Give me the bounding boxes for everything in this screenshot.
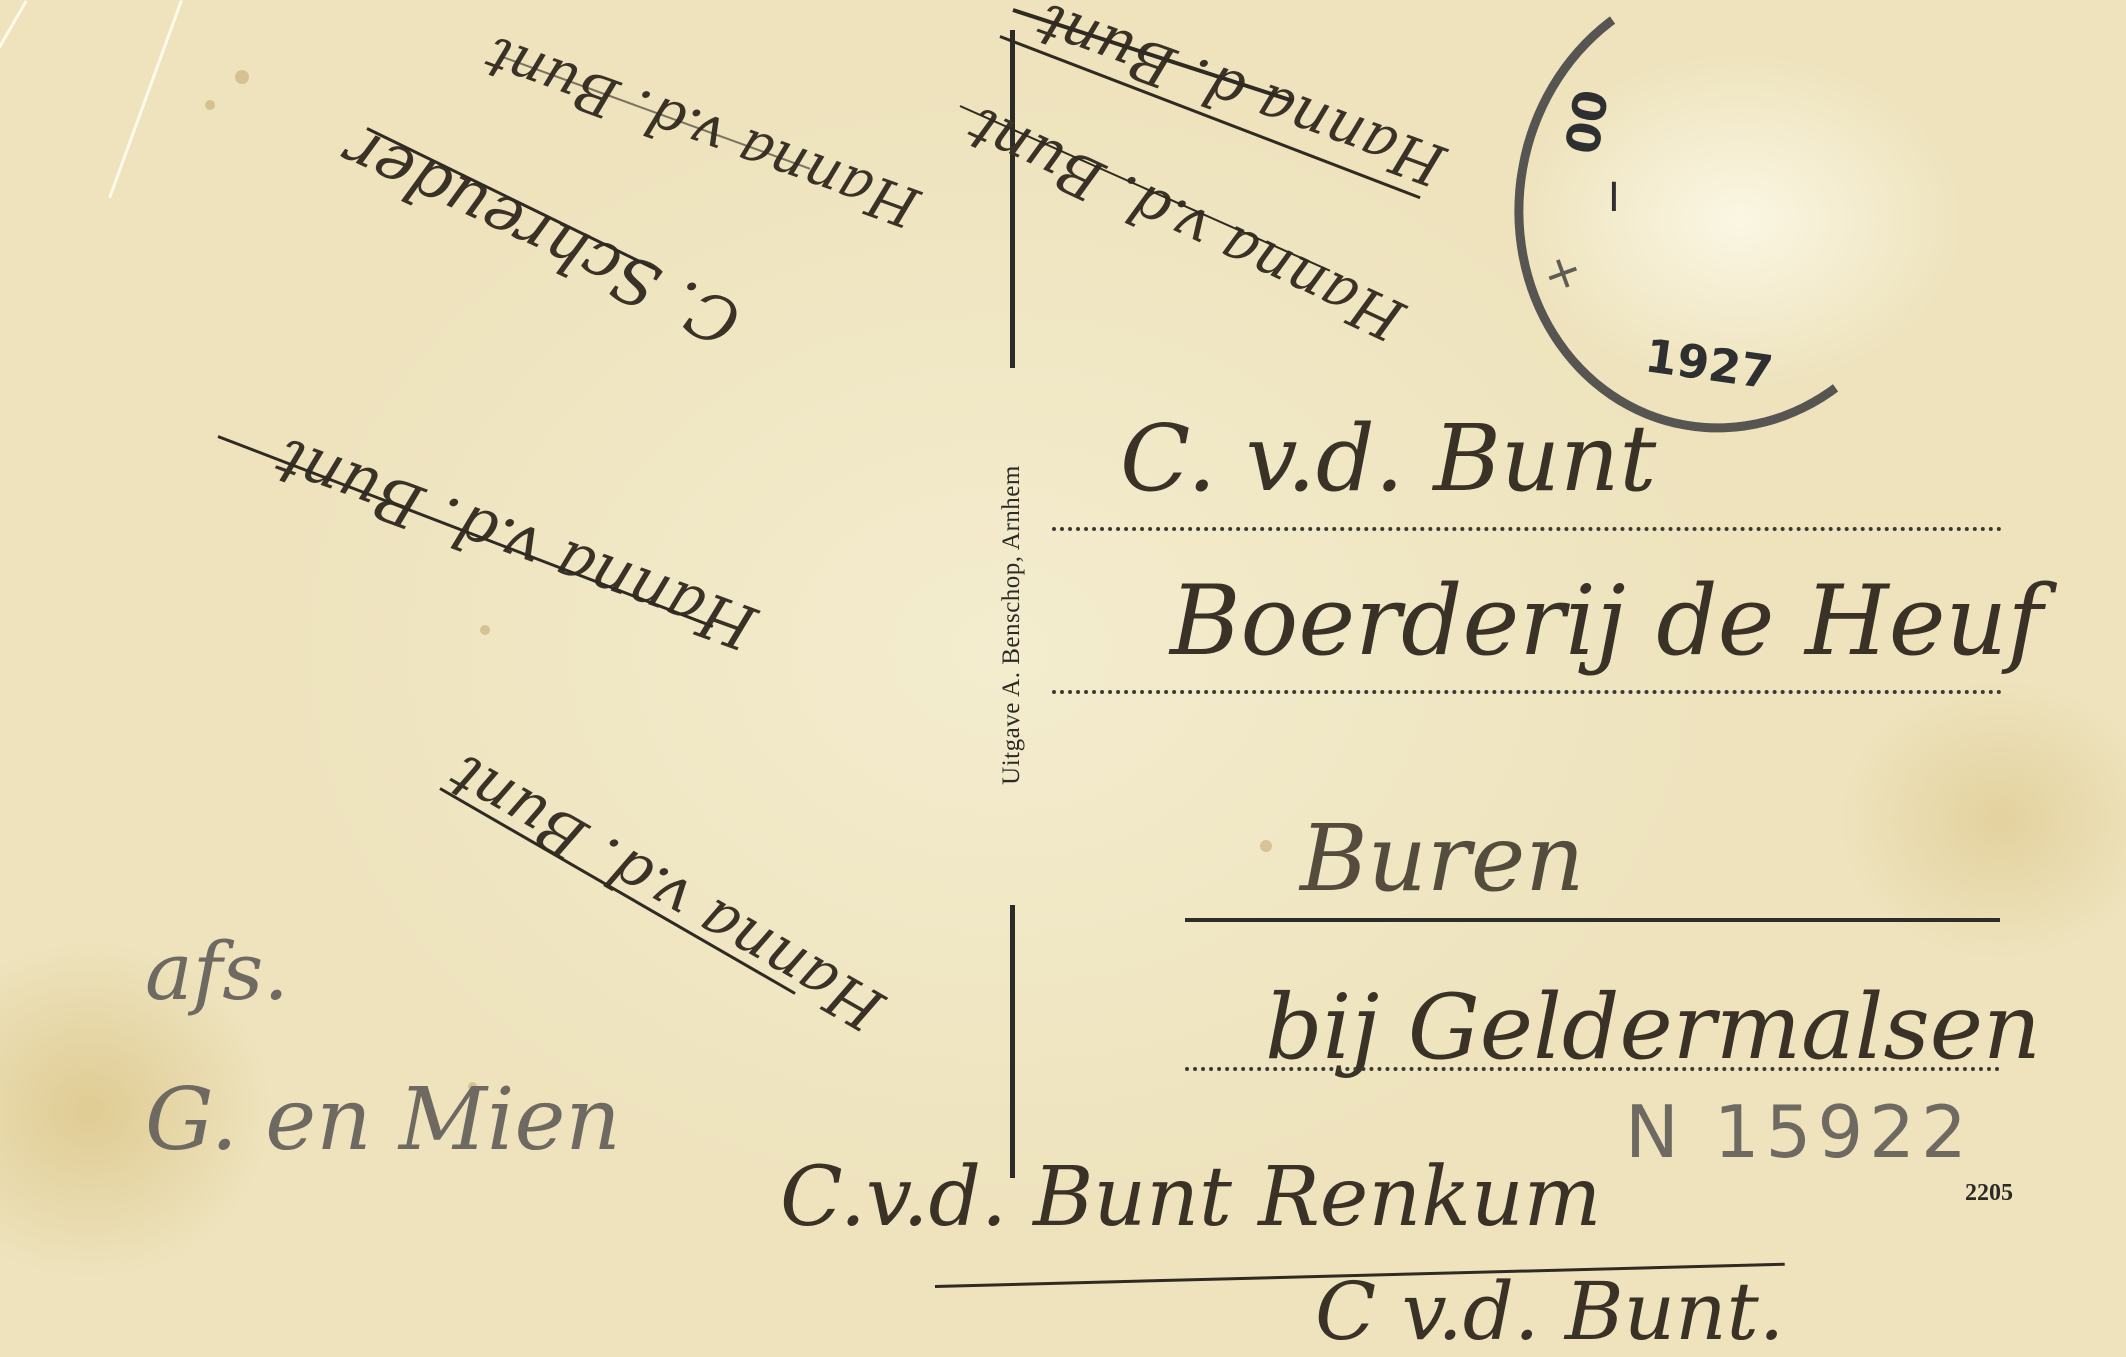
address-rule-2 bbox=[1052, 690, 2002, 694]
address-rule-4 bbox=[1185, 1067, 2000, 1071]
signature-strike bbox=[439, 787, 796, 995]
address-rule-1 bbox=[1052, 527, 2002, 531]
greeting-line-2: G. en Mien bbox=[145, 1070, 621, 1170]
address-line-1: C. v.d. Bunt bbox=[1120, 405, 1656, 512]
address-line-2: Boerderij de Heuf bbox=[1170, 565, 2043, 677]
archive-number: N 15922 bbox=[1625, 1090, 1973, 1174]
postmark-circle bbox=[1478, 0, 1969, 466]
card-number: 2205 bbox=[1965, 1180, 2013, 1207]
foxing-spot bbox=[205, 100, 215, 110]
signature-rule bbox=[500, 55, 811, 170]
postmark-bar-mark: I bbox=[1608, 175, 1620, 221]
postcard-back: Uitgave A. Benschop, Arnhem 00 I + 1927 … bbox=[0, 0, 2126, 1357]
divider-top bbox=[1010, 30, 1015, 368]
upside-signature: Hanna v.d. Bunt bbox=[266, 424, 765, 665]
foxing-spot bbox=[1260, 840, 1272, 852]
upside-signature: Hanna v.d. Bunt bbox=[437, 740, 895, 1045]
foxing-spot bbox=[480, 625, 490, 635]
postmark-partial-text: 00 bbox=[1555, 86, 1619, 158]
sender-line-2: C v.d. Bunt. bbox=[1315, 1265, 1784, 1357]
foxing-spot bbox=[235, 70, 249, 84]
sender-line-1: C.v.d. Bunt Renkum bbox=[780, 1150, 1601, 1245]
greeting-line-1: afs. bbox=[145, 925, 289, 1018]
address-line-4: bij Geldermalsen bbox=[1265, 975, 2041, 1080]
paper-crease bbox=[0, 0, 28, 71]
divider-bottom bbox=[1010, 905, 1015, 1178]
address-line-3: Buren bbox=[1300, 805, 1585, 912]
address-rule-3 bbox=[1185, 918, 2000, 922]
signature-strike bbox=[217, 435, 713, 628]
publisher-imprint: Uitgave A. Benschop, Arnhem bbox=[998, 465, 1026, 785]
paper-crease bbox=[108, 0, 183, 198]
